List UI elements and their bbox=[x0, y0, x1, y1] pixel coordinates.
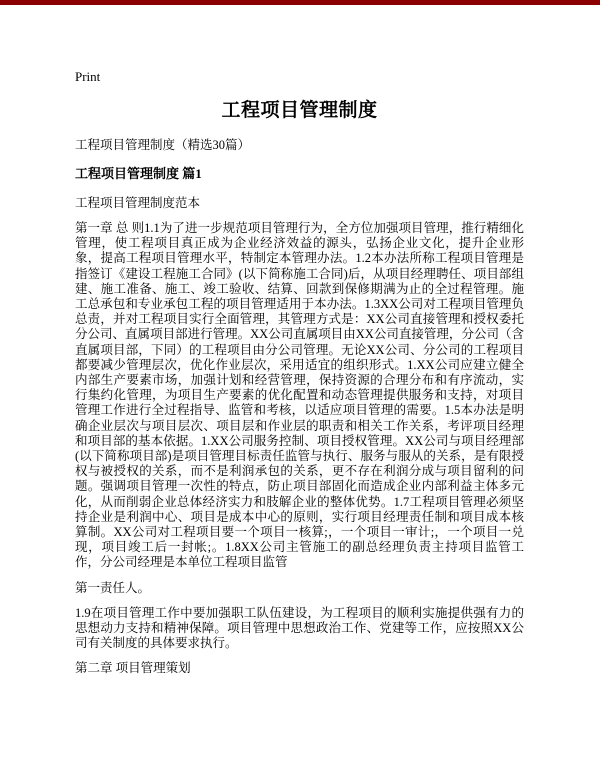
first-responsible-line: 第一责任人。 bbox=[75, 581, 524, 596]
document-page: Print 工程项目管理制度 工程项目管理制度（精选30篇） 工程项目管理制度 … bbox=[0, 69, 600, 677]
collection-subtitle: 工程项目管理制度（精选30篇） bbox=[75, 137, 524, 153]
print-link[interactable]: Print bbox=[75, 69, 100, 85]
clause-1-9-paragraph: 1.9在项目管理工作中要加强职工队伍建设，为工程项目的顺利实施提供强有力的思想动… bbox=[75, 606, 524, 652]
page-title: 工程项目管理制度 bbox=[75, 99, 524, 121]
chapter2-heading: 第二章 项目管理策划 bbox=[75, 661, 524, 676]
top-accent-bar bbox=[0, 0, 600, 5]
chapter1-paragraph: 第一章 总 则1.1为了进一步规范项目管理行为，全方位加强项目管理，推行精细化管… bbox=[75, 221, 524, 571]
article-sample-heading: 工程项目管理制度范本 bbox=[75, 195, 524, 211]
article-heading-part1: 工程项目管理制度 篇1 bbox=[75, 166, 524, 182]
